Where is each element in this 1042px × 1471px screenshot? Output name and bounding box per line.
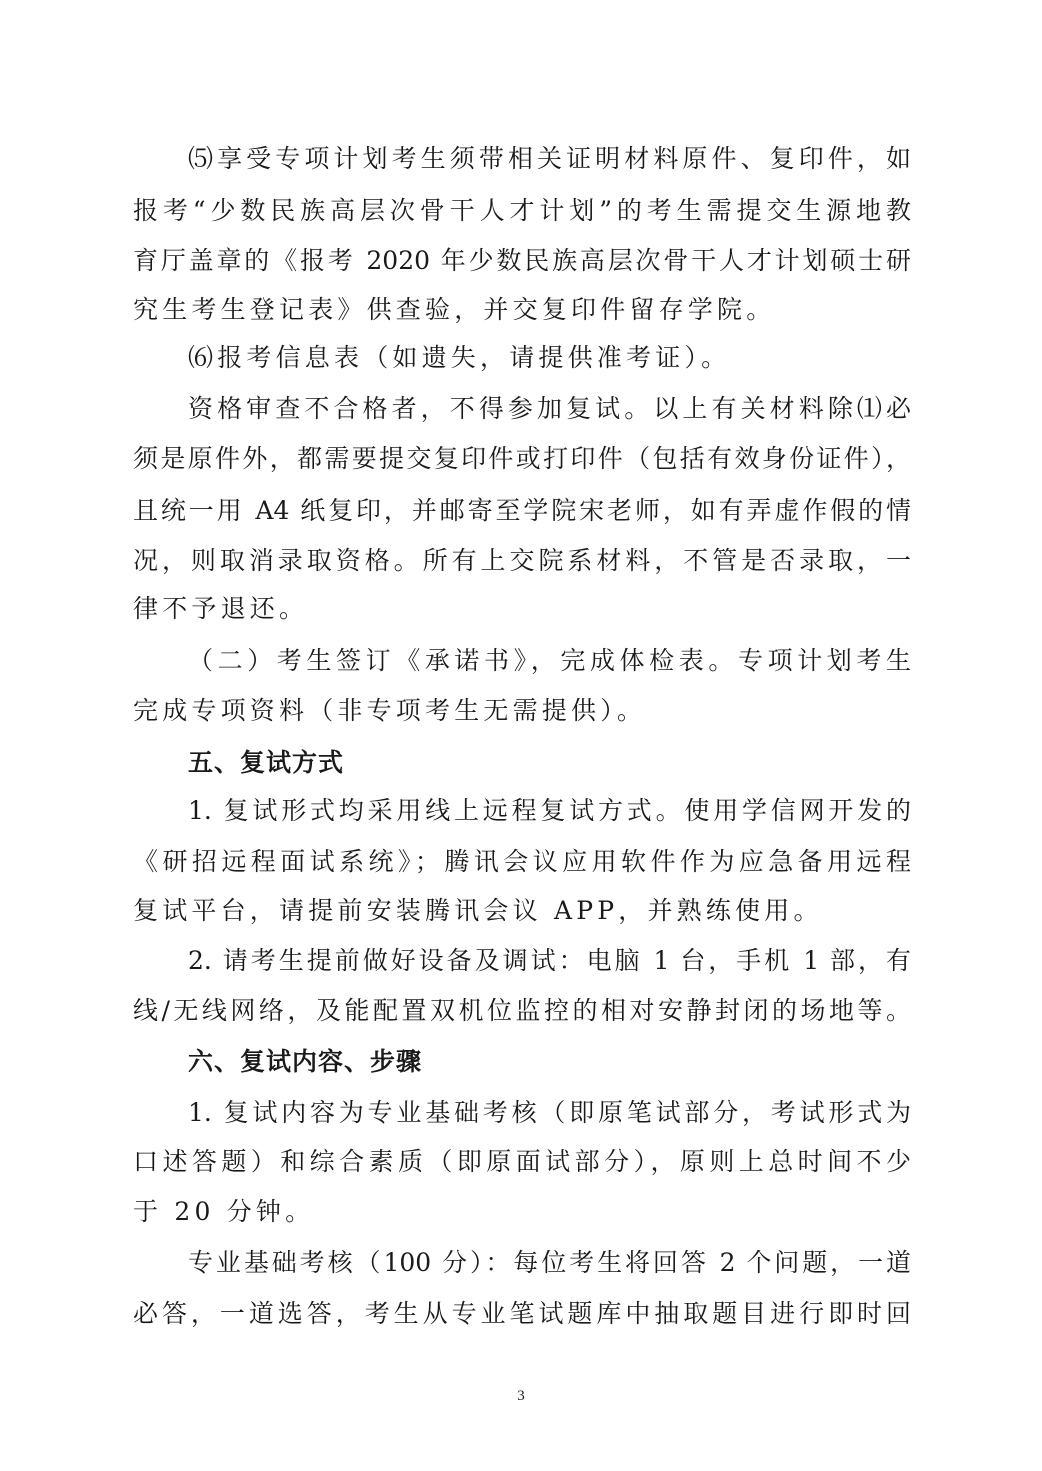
retest-content-item-2-line-2: 必答，一道选答，考生从专业笔试题库中抽取题目进行即时回 bbox=[133, 1289, 911, 1339]
qualification-line-1: 资格审查不合格者，不得参加复试。以上有关材料除⑴必 bbox=[188, 384, 911, 434]
section-heading-retest-content: 六、复试内容、步骤 bbox=[188, 1037, 422, 1087]
qualification-line-3: 且统一用 A4 纸复印，并邮寄至学院宋老师，如有弄虚作假的情 bbox=[133, 486, 911, 536]
pledge-line-1: （二）考生签订《承诺书》，完成体检表。专项计划考生 bbox=[188, 636, 911, 686]
retest-method-item-1-line-3: 复试平台，请提前安装腾讯会议 APP，并熟练使用。 bbox=[133, 886, 823, 936]
retest-content-item-1-line-1: 1. 复试内容为专业基础考核（即原笔试部分，考试形式为 bbox=[188, 1088, 911, 1138]
retest-method-item-2-line-1: 2. 请考生提前做好设备及调试：电脑 1 台，手机 1 部，有 bbox=[188, 936, 911, 986]
retest-content-item-1-line-3: 于 20 分钟。 bbox=[133, 1187, 314, 1237]
qualification-line-4: 况，则取消录取资格。所有上交院系材料，不管是否录取，一 bbox=[133, 536, 911, 586]
retest-method-item-1-line-1: 1. 复试形式均采用线上远程复试方式。使用学信网开发的 bbox=[188, 786, 911, 836]
retest-content-item-2-line-1: 专业基础考核（100 分）：每位考生将回答 2 个问题，一道 bbox=[188, 1238, 911, 1288]
retest-content-item-1-line-2: 口述答题）和综合素质（即原面试部分），原则上总时间不少 bbox=[133, 1137, 911, 1187]
pledge-line-2: 完成专项资料（非专项考生无需提供）。 bbox=[133, 686, 646, 736]
paragraph-5-line-1: ⑸享受专项计划考生须带相关证明材料原件、复印件，如 bbox=[188, 134, 911, 184]
paragraph-5-line-4: 究生考生登记表》供查验，并交复印件留存学院。 bbox=[133, 285, 775, 335]
section-heading-retest-method: 五、复试方式 bbox=[188, 738, 344, 788]
retest-method-item-1-line-2: 《研招远程面试系统》；腾讯会议应用软件作为应急备用远程 bbox=[133, 837, 911, 887]
paragraph-5-line-2: 报考“少数民族高层次骨干人才计划”的考生需提交生源地教 bbox=[133, 186, 911, 236]
qualification-line-5: 律不予退还。 bbox=[133, 584, 308, 634]
qualification-line-2: 须是原件外，都需要提交复印件或打印件（包括有效身份证件）， bbox=[133, 434, 911, 484]
page-number: 3 bbox=[0, 1388, 1042, 1405]
retest-method-item-2-line-2: 线/无线网络，及能配置双机位监控的相对安静封闭的场地等。 bbox=[133, 986, 911, 1036]
paragraph-5-line-3: 育厅盖章的《报考 2020 年少数民族高层次骨干人才计划硕士研 bbox=[133, 236, 911, 286]
paragraph-6-line-1: ⑹报考信息表（如遗失，请提供准考证）。 bbox=[188, 333, 730, 383]
